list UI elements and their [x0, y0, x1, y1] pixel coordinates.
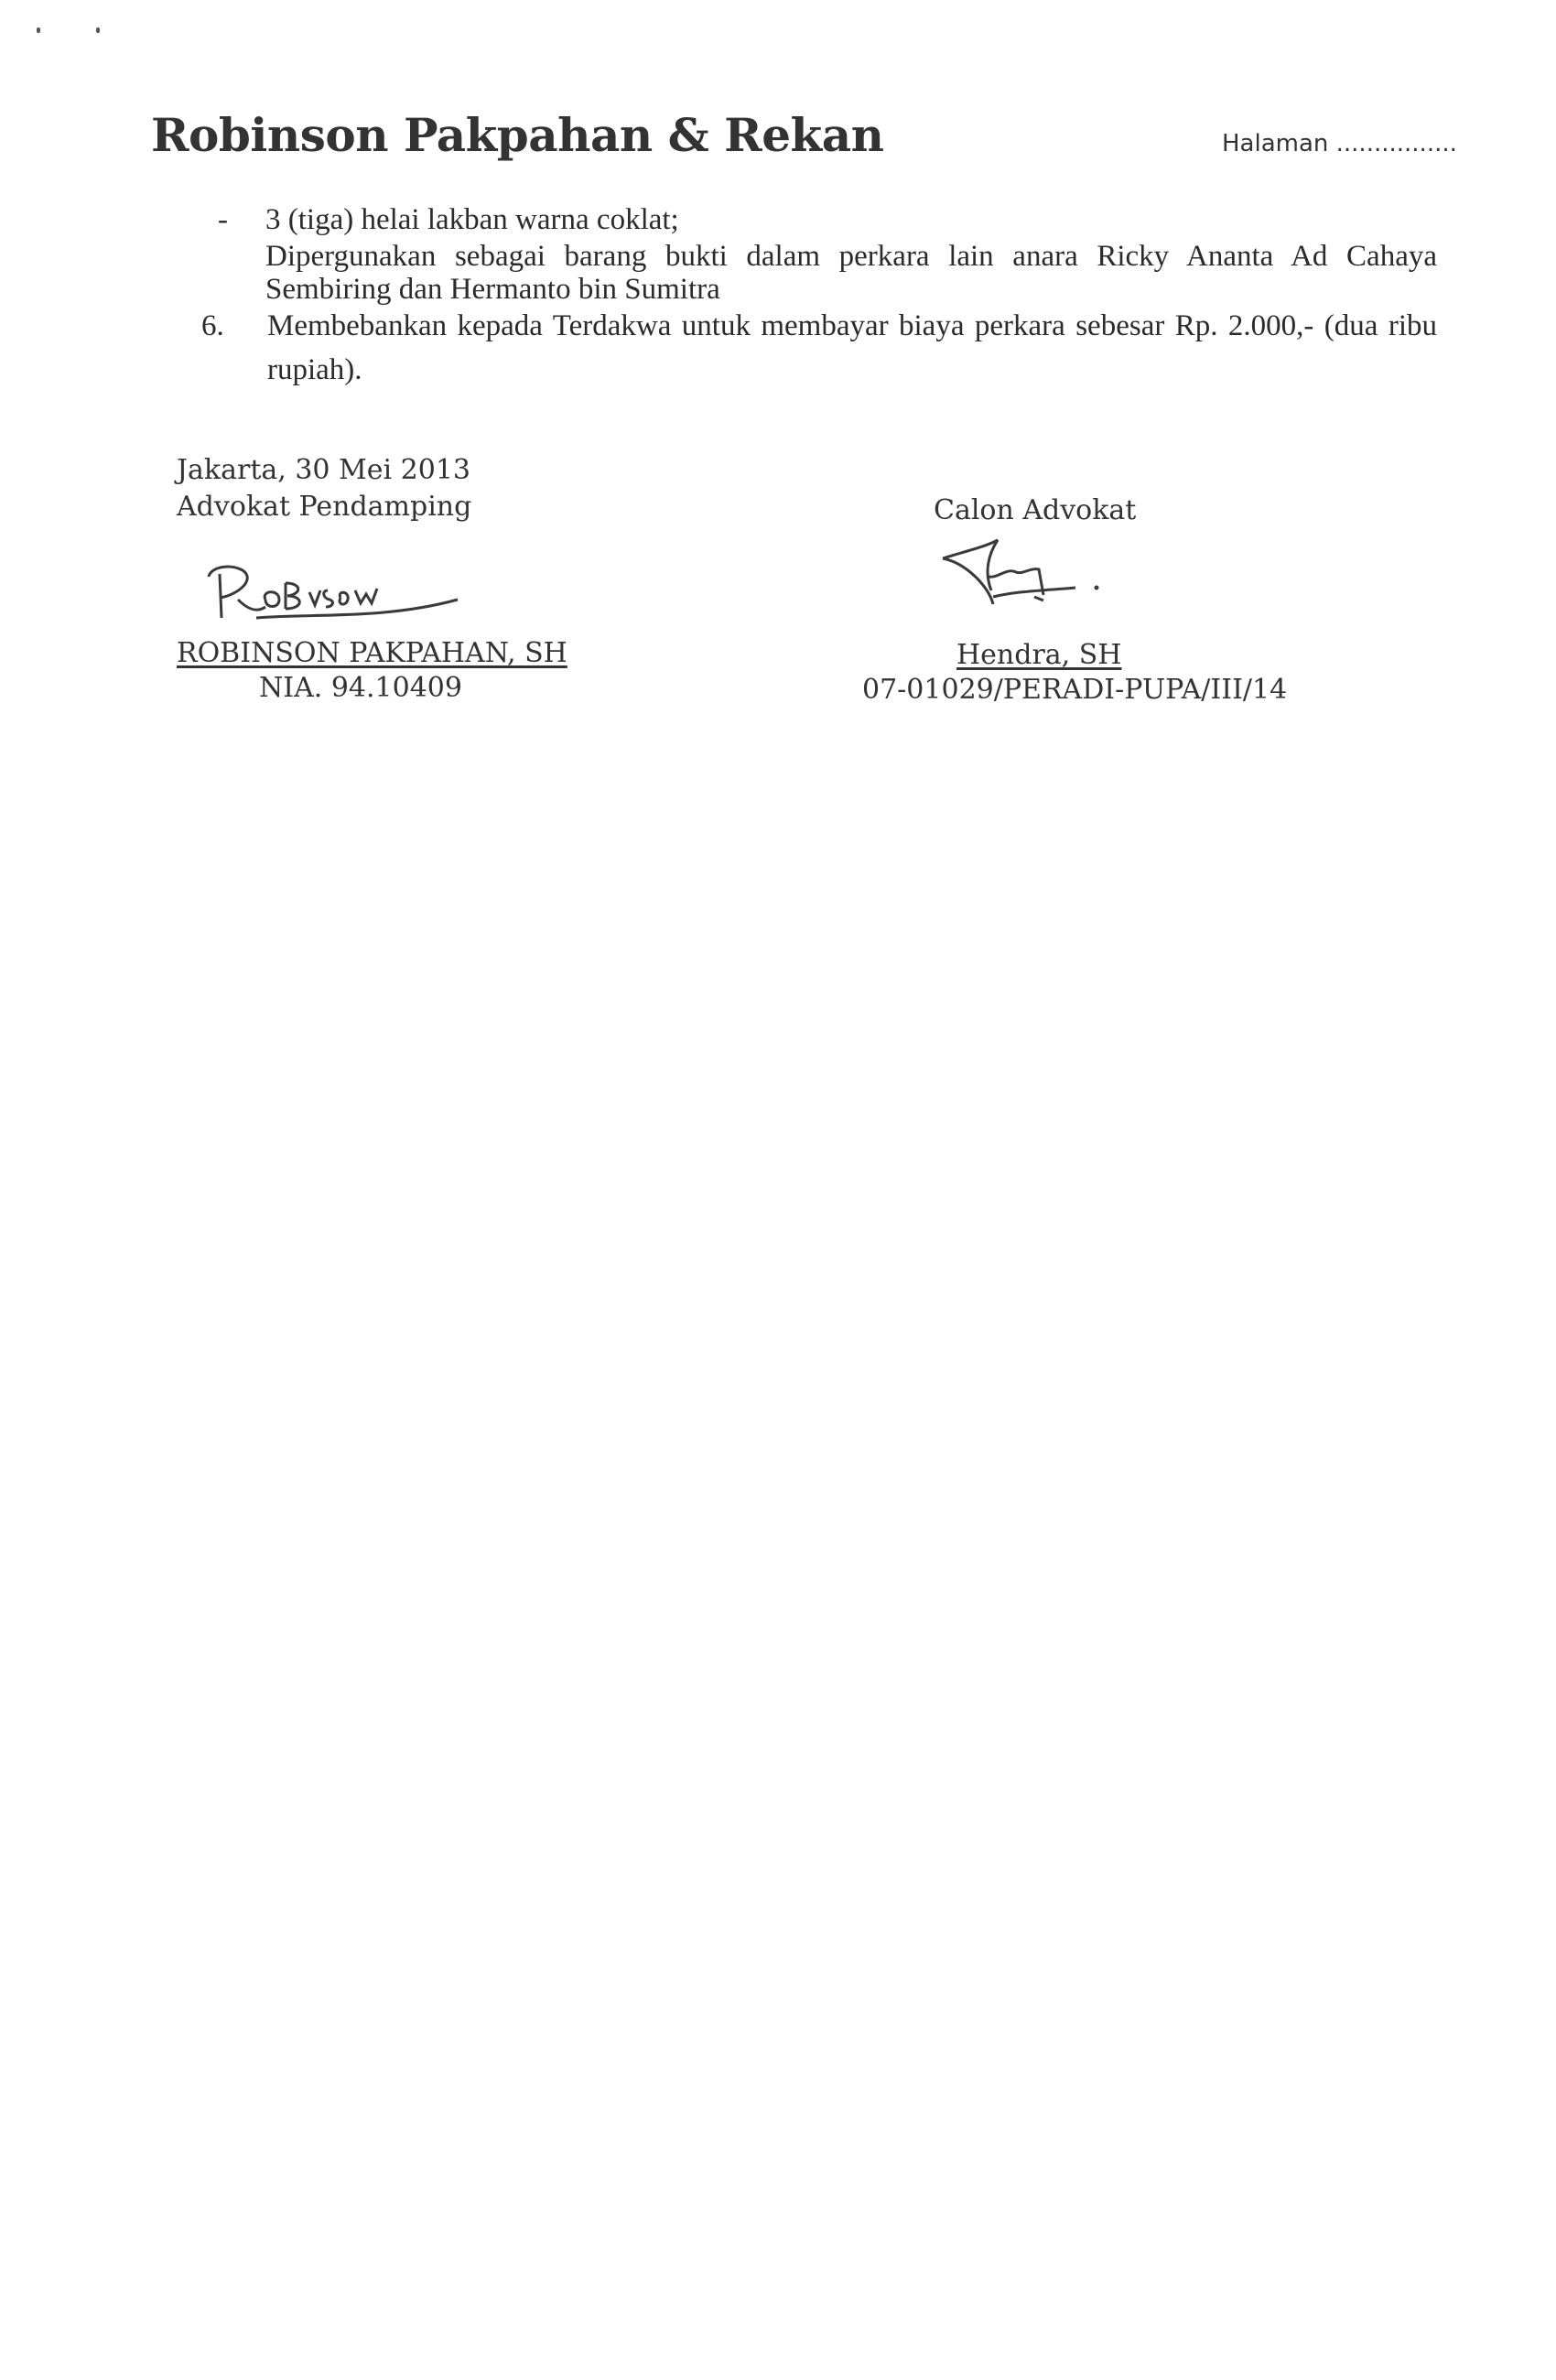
right-role: Calon Advokat	[934, 494, 1136, 526]
item-6-line-2: rupiah).	[267, 353, 362, 387]
handwritten-signature-hendra-icon	[938, 540, 1112, 622]
item-6-line-1: Membebankan kepada Terdakwa untuk membay…	[267, 309, 1437, 343]
scan-artifact	[96, 27, 100, 33]
left-signatory-name: ROBINSON PAKPAHAN, SH	[177, 637, 567, 669]
page-number-label: Halaman ................	[1222, 130, 1457, 157]
usage-line-1: Dipergunakan sebagai barang bukti dalam …	[265, 240, 1437, 274]
handwritten-signature-robinson-icon	[201, 563, 476, 627]
place-date: Jakarta, 30 Mei 2013	[177, 454, 470, 486]
left-id-number: NIA. 94.10409	[259, 672, 462, 704]
right-signatory-name: Hendra, SH	[956, 639, 1121, 671]
item-number: 6.	[201, 309, 224, 343]
right-id-number: 07-01029/PERADI-PUPA/III/14	[862, 674, 1287, 706]
bullet-marker: -	[218, 203, 228, 237]
document-page: Robinson Pakpahan & Rekan Halaman ......…	[0, 0, 1556, 2380]
scan-artifact	[37, 27, 40, 33]
firm-letterhead: Robinson Pakpahan & Rekan	[151, 108, 883, 162]
left-role: Advokat Pendamping	[177, 491, 471, 523]
bullet-item: 3 (tiga) helai lakban warna coklat;	[265, 203, 679, 237]
usage-line-2: Sembiring dan Hermanto bin Sumitra	[265, 273, 720, 307]
